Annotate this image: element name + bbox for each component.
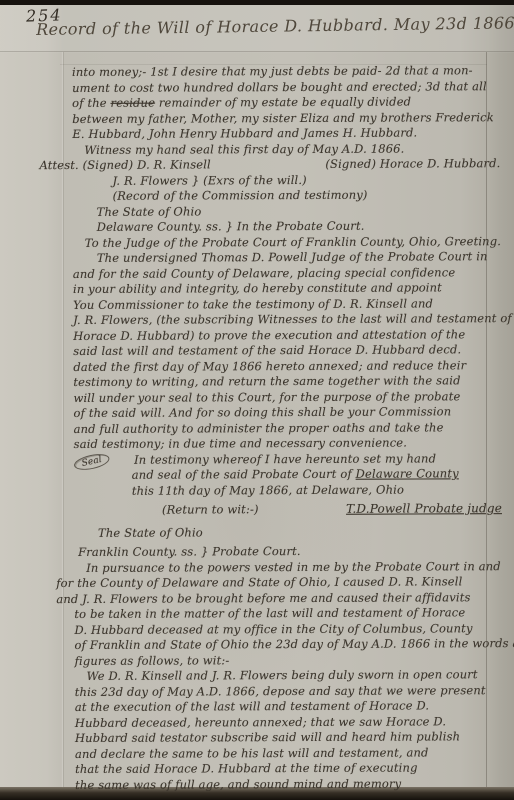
manuscript-text: Horace D. Hubbard) to prove the executio… bbox=[73, 327, 465, 343]
manuscript-line: at the execution of the last will and te… bbox=[75, 698, 503, 715]
manuscript-text: of the said will. And for so doing this … bbox=[73, 404, 451, 420]
manuscript-text: To the Judge of the Probate Court of Fra… bbox=[85, 234, 501, 250]
manuscript-text: J. R. Flowers } (Exrs of the will.) bbox=[112, 172, 306, 187]
manuscript-line: between my father, Mother, my sister Eli… bbox=[72, 110, 500, 127]
manuscript-text: Attest. (Signed) D. R. Kinsell bbox=[39, 157, 210, 172]
manuscript-body: into money;- 1st I desire that my just d… bbox=[72, 63, 503, 793]
manuscript-line: Witness my hand seal this first day of M… bbox=[72, 141, 500, 158]
manuscript-line: Hubbard deceased, hereunto annexed; that… bbox=[75, 714, 503, 731]
ledger-page: 254 Record of the Will of Horace D. Hubb… bbox=[0, 0, 514, 800]
manuscript-text: will under your seal to this Court, for … bbox=[73, 389, 460, 405]
manuscript-text: You Commissioner to take the testimony o… bbox=[73, 296, 433, 312]
page-edge-top bbox=[0, 0, 514, 5]
manuscript-text: of the bbox=[72, 96, 110, 110]
manuscript-line: testimony to writing, and return the sam… bbox=[73, 373, 501, 390]
manuscript-text: D. Hubbard deceased at my office in the … bbox=[74, 621, 472, 637]
manuscript-line: figures as follows, to wit:- bbox=[75, 652, 503, 669]
manuscript-text: to be taken in the matter of the last wi… bbox=[74, 605, 465, 621]
manuscript-text: T.D.Powell Probate judge bbox=[346, 501, 502, 517]
manuscript-text: into money;- 1st I desire that my just d… bbox=[72, 63, 473, 79]
manuscript-text: the same was of full age, and sound mind… bbox=[75, 776, 401, 791]
manuscript-text: J. R. Flowers, (the subscribing Witnesse… bbox=[73, 311, 512, 327]
manuscript-line: the same was of full age, and sound mind… bbox=[75, 776, 503, 793]
manuscript-line: ument to cost two hundred dollars be bou… bbox=[72, 79, 500, 96]
manuscript-line: dated the first day of May 1866 hereto a… bbox=[73, 358, 501, 375]
manuscript-line: SealIn testimony whereof I have hereunto… bbox=[74, 451, 502, 468]
manuscript-line: and full authority to administer the pro… bbox=[74, 420, 502, 437]
manuscript-text: The State of Ohio bbox=[97, 204, 202, 218]
manuscript-text: Hubbard said testator subscribe said wil… bbox=[75, 729, 460, 745]
manuscript-text: E. Hubbard, John Henry Hubbard and James… bbox=[72, 125, 417, 141]
manuscript-line: The undersigned Thomas D. Powell Judge o… bbox=[73, 249, 501, 266]
manuscript-text: (Return to wit:-) bbox=[162, 502, 259, 516]
manuscript-line: of Franklin and State of Ohio the 23d da… bbox=[75, 636, 503, 653]
manuscript-text: (Record of the Commission and testimony) bbox=[113, 188, 368, 203]
manuscript-line: J. R. Flowers, (the subscribing Witnesse… bbox=[73, 311, 501, 328]
manuscript-text: for the County of Delaware and State of … bbox=[56, 574, 462, 590]
manuscript-text: residue bbox=[111, 96, 156, 110]
manuscript-line: and for the said County of Delaware, pla… bbox=[73, 265, 501, 282]
manuscript-text: (Signed) Horace D. Hubbard. bbox=[325, 156, 500, 172]
manuscript-line: Horace D. Hubbard) to prove the executio… bbox=[73, 327, 501, 344]
manuscript-text: this 23d day of May A.D. 1866, depose an… bbox=[75, 683, 486, 699]
manuscript-text: Franklin County. ss. } Probate Court. bbox=[78, 544, 301, 559]
manuscript-text: and for the said County of Delaware, pla… bbox=[73, 265, 455, 281]
manuscript-text: remainder of my estate be equally divide… bbox=[155, 95, 411, 110]
manuscript-line: (Record of the Commission and testimony) bbox=[73, 187, 501, 204]
manuscript-line: Hubbard said testator subscribe said wil… bbox=[75, 729, 503, 746]
manuscript-text: Hubbard deceased, hereunto annexed; that… bbox=[75, 714, 446, 730]
manuscript-line: of the said will. And for so doing this … bbox=[73, 404, 501, 421]
manuscript-line: The State of Ohio bbox=[73, 203, 501, 220]
manuscript-line: (Signed) Horace D. Hubbard.Attest. (Sign… bbox=[39, 156, 500, 174]
manuscript-line: into money;- 1st I desire that my just d… bbox=[72, 63, 500, 80]
manuscript-text: ument to cost two hundred dollars be bou… bbox=[72, 79, 487, 95]
manuscript-line: that the said Horace D. Hubbard at the t… bbox=[75, 760, 503, 777]
manuscript-line: and seal of the said Probate Court of De… bbox=[74, 466, 502, 483]
manuscript-line: In pursuance to the powers vested in me … bbox=[74, 559, 502, 576]
manuscript-line: Franklin County. ss. } Probate Court. bbox=[74, 543, 502, 560]
horizontal-crease bbox=[0, 51, 514, 52]
manuscript-text: The State of Ohio bbox=[98, 525, 203, 539]
manuscript-line: We D. R. Kinsell and J. R. Flowers being… bbox=[75, 667, 503, 684]
manuscript-text: this 11th day of May 1866, at Delaware, … bbox=[132, 482, 404, 497]
manuscript-text: at the execution of the last will and te… bbox=[75, 698, 429, 714]
manuscript-text: We D. R. Kinsell and J. R. Flowers being… bbox=[87, 667, 478, 683]
manuscript-line: E. Hubbard, John Henry Hubbard and James… bbox=[72, 125, 500, 142]
manuscript-text: in your ability and integrity, do hereby… bbox=[73, 280, 442, 296]
manuscript-text: Delaware County bbox=[356, 466, 459, 480]
manuscript-line: J. R. Flowers } (Exrs of the will.) bbox=[72, 172, 500, 189]
manuscript-line: in your ability and integrity, do hereby… bbox=[73, 280, 501, 297]
manuscript-text: dated the first day of May 1866 hereto a… bbox=[73, 358, 466, 374]
manuscript-text: Delaware County. ss. } In the Probate Co… bbox=[97, 219, 365, 234]
manuscript-text: and full authority to administer the pro… bbox=[74, 420, 444, 436]
record-heading: Record of the Will of Horace D. Hubbard.… bbox=[36, 13, 514, 39]
manuscript-text: Witness my hand seal this first day of M… bbox=[84, 141, 404, 156]
manuscript-line: this 23d day of May A.D. 1866, depose an… bbox=[75, 683, 503, 700]
manuscript-line: To the Judge of the Probate Court of Fra… bbox=[73, 234, 501, 251]
manuscript-line: of the residue remainder of my estate be… bbox=[72, 94, 500, 111]
manuscript-text: said testimony; in due time and necessar… bbox=[74, 436, 407, 451]
manuscript-text: between my father, Mother, my sister Eli… bbox=[72, 110, 494, 126]
manuscript-line: D. Hubbard deceased at my office in the … bbox=[74, 621, 502, 638]
manuscript-line: this 11th day of May 1866, at Delaware, … bbox=[74, 482, 502, 499]
manuscript-line: You Commissioner to take the testimony o… bbox=[73, 296, 501, 313]
manuscript-line: Delaware County. ss. } In the Probate Co… bbox=[73, 218, 501, 235]
manuscript-line: The State of Ohio bbox=[74, 524, 502, 541]
manuscript-text: and seal of the said Probate Court of bbox=[132, 467, 356, 482]
manuscript-text: In testimony whereof I have hereunto set… bbox=[134, 451, 436, 466]
manuscript-line: to be taken in the matter of the last wi… bbox=[74, 605, 502, 622]
manuscript-text: and declare the same to be his last will… bbox=[75, 745, 429, 761]
manuscript-line: T.D.Powell Probate judge(Return to wit:-… bbox=[74, 501, 502, 518]
manuscript-line: said last will and testament of the said… bbox=[73, 342, 501, 359]
manuscript-text: of Franklin and State of Ohio the 23d da… bbox=[75, 636, 514, 652]
manuscript-text: that the said Horace D. Hubbard at the t… bbox=[75, 760, 418, 775]
manuscript-text: figures as follows, to wit:- bbox=[75, 653, 230, 668]
manuscript-text: In pursuance to the powers vested in me … bbox=[86, 559, 501, 575]
manuscript-line: and declare the same to be his last will… bbox=[75, 745, 503, 762]
manuscript-line: said testimony; in due time and necessar… bbox=[74, 435, 502, 452]
manuscript-text: said last will and testament of the said… bbox=[73, 342, 461, 358]
manuscript-text: testimony to writing, and return the sam… bbox=[73, 373, 460, 389]
manuscript-line: will under your seal to this Court, for … bbox=[73, 389, 501, 406]
manuscript-text: The undersigned Thomas D. Powell Judge o… bbox=[97, 249, 488, 265]
manuscript-text: and J. R. Flowers to be brought before m… bbox=[56, 590, 470, 606]
